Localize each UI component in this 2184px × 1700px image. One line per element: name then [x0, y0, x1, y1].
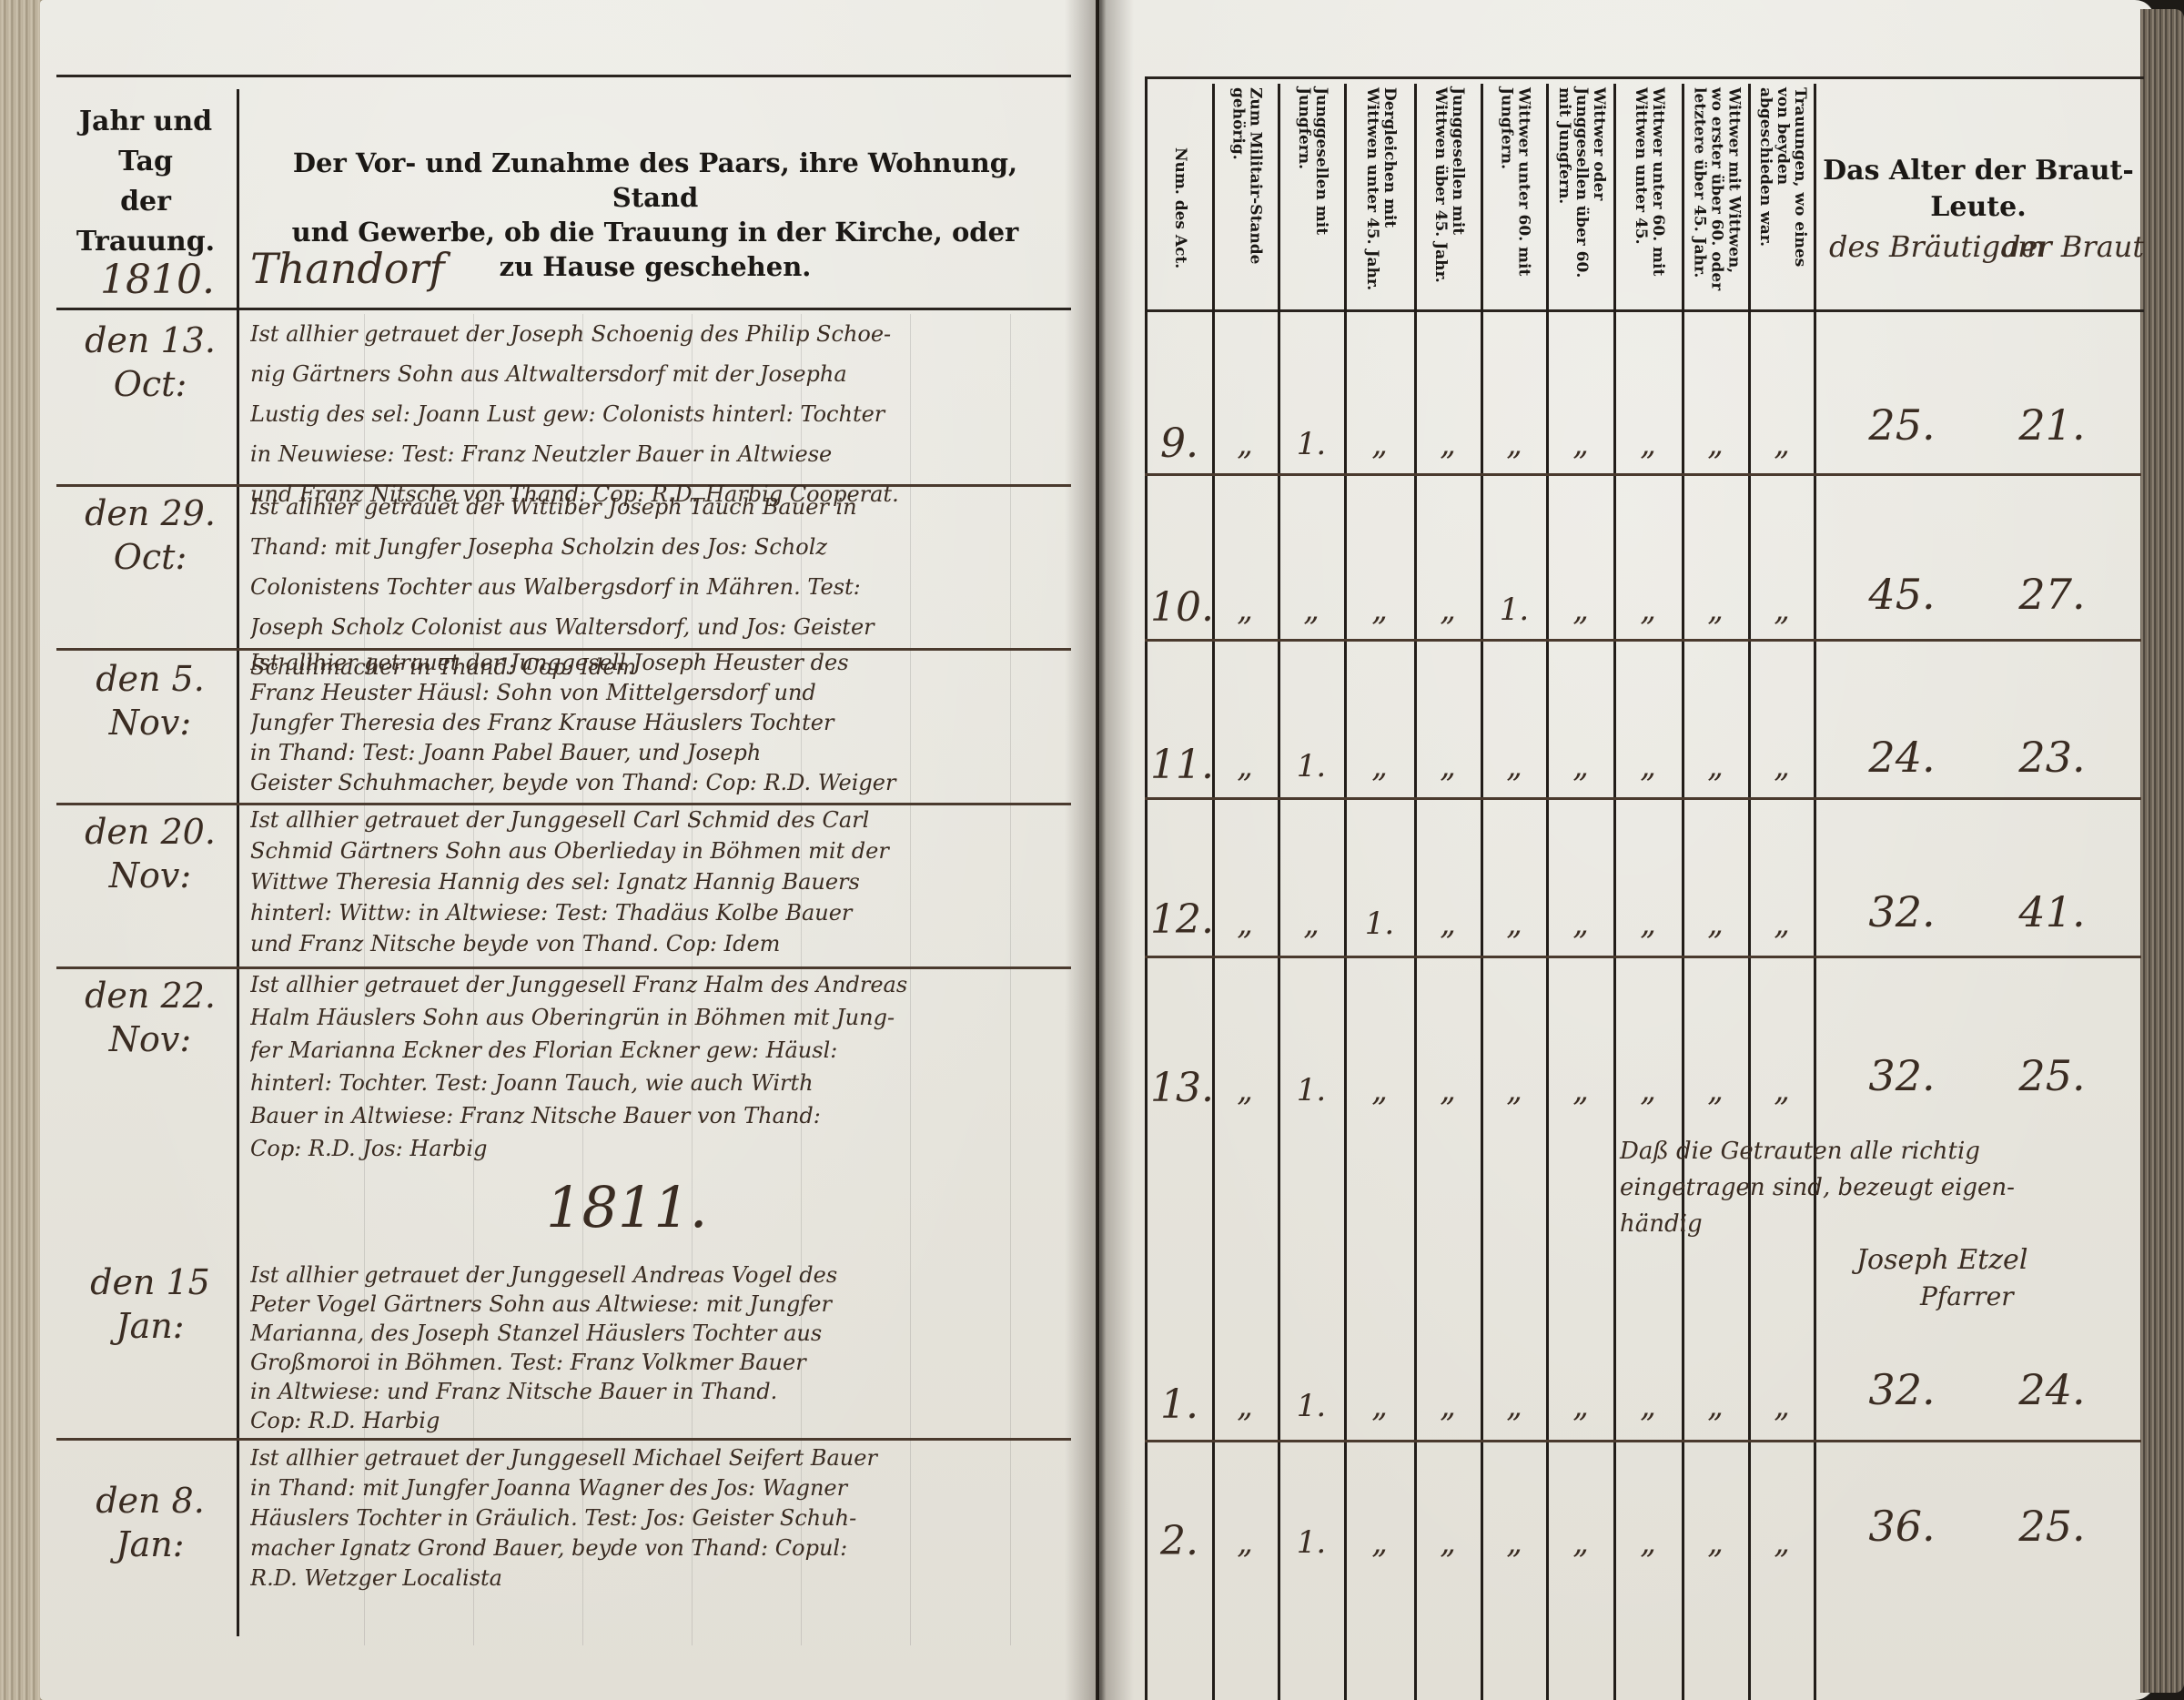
year-1810: 1810. — [100, 257, 215, 303]
tally-mark: „ — [1213, 1388, 1277, 1424]
column-header-over-60: Wittwer oder Junggesellen über 60. mit J… — [1549, 84, 1613, 302]
entry-line: Peter Vogel Gärtners Sohn aus Altwiese: … — [250, 1290, 1069, 1319]
bride-age: 23. — [1988, 733, 2116, 782]
date-month: Nov: — [64, 701, 237, 744]
bride-age-subheader: der Braut — [2002, 229, 2144, 264]
pastor-certification: Daß die Getrauten alle richtig eingetrag… — [1620, 1133, 2129, 1315]
date-day: den 15 — [64, 1260, 237, 1304]
tally-mark: „ — [1549, 748, 1613, 784]
entry-date: den 22. Nov: — [64, 974, 237, 1061]
entry-line: Joseph Scholz Colonist aus Waltersdorf, … — [250, 607, 1069, 647]
header-bottom-rule — [1145, 309, 2144, 312]
act-number: 1. — [1150, 1381, 1208, 1428]
tally-mark: „ — [1482, 906, 1546, 942]
header-date-line: der — [56, 182, 235, 222]
act-number: 9. — [1150, 420, 1208, 467]
column-line — [1814, 84, 1816, 1700]
tally-mark: „ — [1348, 426, 1411, 462]
groom-age: 32. — [1838, 1051, 1966, 1100]
tally-mark: 1. — [1279, 426, 1343, 462]
entry-line: in Thand: mit Jungfer Joanna Wagner des … — [250, 1473, 1069, 1503]
entry-line: Geister Schuhmacher, beyde von Thand: Co… — [250, 768, 1069, 798]
column-line — [1481, 84, 1483, 1700]
column-line — [1613, 84, 1616, 1700]
tally-mark: 1. — [1279, 1072, 1343, 1108]
tally-mark: „ — [1279, 592, 1343, 628]
entry-line: macher Ignatz Grond Bauer, beyde von Tha… — [250, 1533, 1069, 1563]
tally-mark: „ — [1482, 1072, 1546, 1108]
entry-line: Ist allhier getrauet der Junggesell Jose… — [250, 648, 1069, 678]
tally-mark: „ — [1683, 1072, 1747, 1108]
column-header-text: Num. des Act. — [1171, 84, 1188, 268]
tally-mark: „ — [1549, 906, 1613, 942]
row-divider — [1145, 797, 2141, 800]
tally-mark: „ — [1416, 748, 1480, 784]
entry-line: in Altwiese: und Franz Nitsche Bauer in … — [250, 1377, 1069, 1406]
header-bottom-rule — [56, 308, 1071, 310]
column-header-text: Wittwer oder Junggesellen über 60. mit J… — [1555, 84, 1607, 302]
tally-mark: „ — [1348, 1524, 1411, 1561]
entry-text: Ist allhier getrauet der Junggesell Andr… — [250, 1260, 1069, 1435]
tally-mark: „ — [1549, 1388, 1613, 1424]
groom-age: 25. — [1838, 400, 1966, 450]
tally-mark: „ — [1549, 426, 1613, 462]
tally-mark: „ — [1750, 906, 1814, 942]
tally-mark: „ — [1616, 426, 1680, 462]
column-header-bachelors-maidens: Junggesellen mit Jungfern. — [1280, 84, 1344, 302]
column-header-text: Dergleichen mit Wittwen unter 45. Jahr. — [1363, 84, 1398, 302]
date-month: Oct: — [64, 362, 237, 406]
date-month: Nov: — [64, 1017, 237, 1061]
date-day: den 13. — [64, 319, 237, 362]
column-header-text: Wittwer unter 60. mit Wittwen unter 45. — [1632, 84, 1666, 302]
entry-date: den 20. Nov: — [64, 810, 237, 897]
tally-mark: „ — [1616, 1072, 1680, 1108]
date-day: den 20. — [64, 810, 237, 854]
entry-line: R.D. Wetzger Localista — [250, 1563, 1069, 1594]
pastor-signature: Joseph Etzel — [1620, 1242, 2129, 1279]
act-number: 11. — [1150, 742, 1208, 788]
tally-mark: „ — [1348, 1072, 1411, 1108]
date-column-divider — [237, 89, 239, 1636]
act-number: 12. — [1150, 896, 1208, 943]
column-header-text: Trauungen, wo eines von beyden abgeschie… — [1756, 84, 1808, 302]
groom-age: 45. — [1838, 570, 1966, 619]
row-divider — [1145, 639, 2141, 642]
entry-line: fer Marianna Eckner des Florian Eckner g… — [250, 1034, 1069, 1067]
tally-mark: „ — [1683, 592, 1747, 628]
tally-mark: „ — [1616, 1524, 1680, 1561]
tally-mark: „ — [1416, 592, 1480, 628]
date-day: den 8. — [64, 1479, 237, 1523]
bride-age: 41. — [1988, 887, 2116, 936]
tally-mark: „ — [1616, 748, 1680, 784]
column-line — [1278, 84, 1280, 1700]
bride-age: 24. — [1988, 1365, 2116, 1414]
tally-mark: „ — [1482, 748, 1546, 784]
tally-mark: „ — [1683, 426, 1747, 462]
date-month: Jan: — [64, 1523, 237, 1566]
ages-header-line: Leute. — [1815, 189, 2141, 226]
entry-date: den 29. Oct: — [64, 491, 237, 579]
tally-mark: „ — [1750, 426, 1814, 462]
entry-text: Ist allhier getrauet der Junggesell Carl… — [250, 804, 1069, 959]
entry-line: Thand: mit Jungfer Josepha Scholzin des … — [250, 527, 1069, 567]
tally-mark: „ — [1416, 906, 1480, 942]
tally-mark: „ — [1750, 1524, 1814, 1561]
column-header-act-number: Num. des Act. — [1148, 84, 1212, 302]
column-header-widows-under-45: Dergleichen mit Wittwen unter 45. Jahr. — [1347, 84, 1414, 302]
column-header-text: Junggesellen mit Jungfern. — [1295, 84, 1330, 302]
bride-age: 21. — [1988, 400, 2116, 450]
tally-mark: „ — [1750, 592, 1814, 628]
groom-age: 32. — [1838, 1365, 1966, 1414]
tally-mark: „ — [1416, 1524, 1480, 1561]
tally-mark: „ — [1683, 1524, 1747, 1561]
entry-date: den 15 Jan: — [64, 1260, 237, 1348]
year-heading-1811: 1811. — [546, 1174, 708, 1240]
entry-line: nig Gärtners Sohn aus Altwaltersdorf mit… — [250, 354, 1069, 394]
entry-line: Colonistens Tochter aus Walbergsdorf in … — [250, 567, 1069, 607]
entry-line: Jungfer Theresia des Franz Krause Häusle… — [250, 708, 1069, 738]
tally-mark: „ — [1549, 1524, 1613, 1561]
tally-mark: 1. — [1482, 592, 1546, 628]
entry-divider — [56, 1438, 1071, 1441]
entry-line: Cop: R.D. Harbig — [250, 1406, 1069, 1435]
entry-text: Ist allhier getrauet der Junggesell Fran… — [250, 968, 1069, 1165]
column-header-widower-under-60: Wittwer unter 60. mit Jungfern. — [1483, 84, 1546, 302]
column-line — [1212, 84, 1215, 1700]
ages-header-line: Das Alter der Braut- — [1815, 153, 2141, 189]
row-divider — [1145, 1440, 2141, 1442]
tally-mark: „ — [1348, 748, 1411, 784]
tally-mark: „ — [1213, 906, 1277, 942]
entry-line: Großmoroi in Böhmen. Test: Franz Volkmer… — [250, 1348, 1069, 1377]
header-couple-line: Der Vor- und Zunahme des Paars, ihre Woh… — [246, 146, 1065, 215]
entry-line: Ist allhier getrauet der Junggesell Mich… — [250, 1443, 1069, 1473]
entry-line: in Neuwiese: Test: Franz Neutzler Bauer … — [250, 434, 1069, 474]
act-number: 2. — [1150, 1518, 1208, 1564]
header-date-line: Jahr und Tag — [56, 102, 235, 182]
entry-text: Ist allhier getrauet der Junggesell Jose… — [250, 648, 1069, 798]
parish-name: Thandorf — [250, 244, 445, 293]
column-header-text: Wittwer unter 60. mit Jungfern. — [1498, 84, 1532, 302]
column-line — [1546, 84, 1549, 1700]
entry-line: in Thand: Test: Joann Pabel Bauer, und J… — [250, 738, 1069, 768]
tally-mark: „ — [1482, 1524, 1546, 1561]
header-date-column: Jahr und Tag der Trauung. — [56, 102, 235, 262]
groom-age: 36. — [1838, 1502, 1966, 1551]
tally-mark: „ — [1616, 592, 1680, 628]
certification-line: Daß die Getrauten alle richtig — [1620, 1133, 2129, 1169]
tally-mark: „ — [1213, 1524, 1277, 1561]
entry-date: den 13. Oct: — [64, 319, 237, 406]
tally-mark: 1. — [1279, 1388, 1343, 1424]
entry-date: den 8. Jan: — [64, 1479, 237, 1566]
tally-mark: „ — [1416, 426, 1480, 462]
column-line — [1414, 84, 1417, 1700]
pastor-title: Pfarrer — [1620, 1279, 2129, 1315]
act-number: 13. — [1150, 1065, 1208, 1111]
column-line — [1145, 76, 1148, 1700]
entry-line: Häuslers Tochter in Gräulich. Test: Jos:… — [250, 1503, 1069, 1533]
date-day: den 5. — [64, 657, 237, 701]
bride-age: 27. — [1988, 570, 2116, 619]
column-line — [1682, 84, 1684, 1700]
entry-line: Cop: R.D. Jos: Harbig — [250, 1132, 1069, 1165]
entry-line: Ist allhier getrauet der Joseph Schoenig… — [250, 314, 1069, 354]
column-header-widows-over-45: Junggesellen mit Wittwen über 45. Jahr. — [1417, 84, 1481, 302]
tally-mark: „ — [1213, 1072, 1277, 1108]
table-top-rule — [56, 75, 1071, 77]
entry-line: hinterl: Tochter. Test: Joann Tauch, wie… — [250, 1067, 1069, 1099]
entry-line: Wittwe Theresia Hannig des sel: Ignatz H… — [250, 866, 1069, 897]
column-header-text: Zum Militair-Stande gehörig. — [1229, 84, 1264, 302]
tally-mark: „ — [1683, 906, 1747, 942]
tally-mark: „ — [1549, 592, 1613, 628]
certification-line: eingetragen sind, bezeugt eigen- — [1620, 1169, 2129, 1206]
tally-mark: „ — [1416, 1388, 1480, 1424]
column-header-text: Junggesellen mit Wittwen über 45. Jahr. — [1431, 84, 1466, 302]
entry-line: Ist allhier getrauet der Junggesell Andr… — [250, 1260, 1069, 1290]
tally-mark: „ — [1683, 1388, 1747, 1424]
groom-age: 24. — [1838, 733, 1966, 782]
row-divider — [1145, 956, 2141, 958]
entry-line: Bauer in Altwiese: Franz Nitsche Bauer v… — [250, 1099, 1069, 1132]
tally-mark: „ — [1750, 1072, 1814, 1108]
entry-text: Ist allhier getrauet der Joseph Schoenig… — [250, 314, 1069, 514]
tally-mark: „ — [1279, 906, 1343, 942]
tally-mark: „ — [1348, 592, 1411, 628]
date-month: Oct: — [64, 535, 237, 579]
column-line — [1748, 84, 1751, 1700]
book-page-edges-right — [2140, 9, 2184, 1693]
tally-mark: „ — [1750, 1388, 1814, 1424]
entry-line: Ist allhier getrauet der Junggesell Carl… — [250, 804, 1069, 835]
date-day: den 29. — [64, 491, 237, 535]
entry-text: Ist allhier getrauet der Junggesell Mich… — [250, 1443, 1069, 1594]
entry-line: Ist allhier getrauet der Junggesell Fran… — [250, 968, 1069, 1001]
column-header-widower-widow-older: Wittwer mit Wittwen, wo erster über 60. … — [1684, 84, 1748, 302]
entry-line: Schmid Gärtners Sohn aus Oberlieday in B… — [250, 835, 1069, 866]
tally-mark: „ — [1549, 1072, 1613, 1108]
entry-line: Halm Häuslers Sohn aus Oberingrün in Böh… — [250, 1001, 1069, 1034]
column-header-text: Wittwer mit Wittwen, wo erster über 60. … — [1691, 84, 1743, 302]
tally-mark: „ — [1213, 748, 1277, 784]
tally-mark: „ — [1213, 426, 1277, 462]
tally-mark: 1. — [1279, 748, 1343, 784]
tally-mark: „ — [1750, 748, 1814, 784]
book-gutter — [1065, 0, 1134, 1700]
tally-mark: „ — [1683, 748, 1747, 784]
column-header-military: Zum Militair-Stande gehörig. — [1215, 84, 1278, 302]
act-number: 10. — [1150, 584, 1208, 631]
entry-line: Lustig des sel: Joann Lust gew: Colonist… — [250, 394, 1069, 434]
column-header-divorced: Trauungen, wo eines von beyden abgeschie… — [1751, 84, 1814, 302]
tally-mark: „ — [1416, 1072, 1480, 1108]
tally-mark: „ — [1213, 592, 1277, 628]
ages-header: Das Alter der Braut- Leute. — [1815, 153, 2141, 226]
certification-line: händig — [1620, 1206, 2129, 1242]
entry-line: Ist allhier getrauet der Wittiber Joseph… — [250, 487, 1069, 527]
table-top-rule — [1145, 76, 2144, 79]
entry-line: hinterl: Wittw: in Altwiese: Test: Thadä… — [250, 897, 1069, 928]
entry-line: und Franz Nitsche beyde von Thand. Cop: … — [250, 928, 1069, 959]
entry-line: Marianna, des Joseph Stanzel Häuslers To… — [250, 1319, 1069, 1348]
bride-age: 25. — [1988, 1502, 2116, 1551]
column-header-widower-widow-45: Wittwer unter 60. mit Wittwen unter 45. — [1616, 84, 1682, 302]
date-month: Nov: — [64, 854, 237, 897]
groom-age: 32. — [1838, 887, 1966, 936]
row-divider — [1145, 473, 2141, 476]
date-month: Jan: — [64, 1304, 237, 1348]
tally-mark: 1. — [1348, 906, 1411, 942]
tally-mark: „ — [1348, 1388, 1411, 1424]
tally-mark: „ — [1482, 1388, 1546, 1424]
tally-mark: „ — [1616, 906, 1680, 942]
column-line — [1344, 84, 1347, 1700]
tally-mark: „ — [1616, 1388, 1680, 1424]
date-day: den 22. — [64, 974, 237, 1017]
entry-date: den 5. Nov: — [64, 657, 237, 744]
bride-age: 25. — [1988, 1051, 2116, 1100]
tally-mark: „ — [1482, 426, 1546, 462]
tally-mark: 1. — [1279, 1524, 1343, 1561]
entry-line: Franz Heuster Häusl: Sohn von Mittelgers… — [250, 678, 1069, 708]
